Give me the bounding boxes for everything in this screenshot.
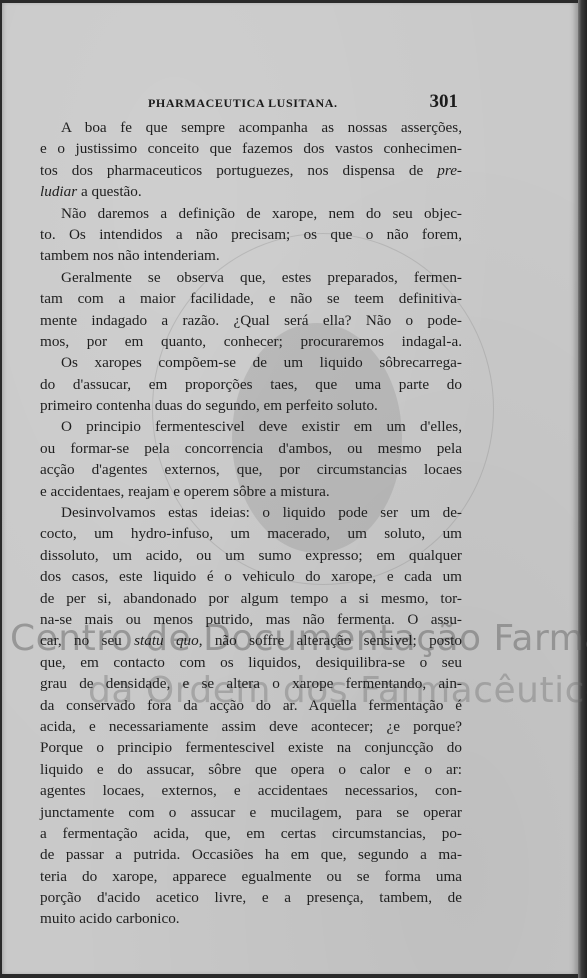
page-number: 301 — [430, 91, 459, 113]
text-line: car, no seu statu quo, não soffre altera… — [40, 630, 462, 651]
text-run: dissoluto, um acido, ou um sumo expresso… — [40, 547, 462, 564]
text-run: ou formar-se pela concorrencia d'ambos, … — [40, 440, 462, 457]
running-title: PHARMACEUTICA LUSITANA. — [148, 96, 338, 111]
text-line: ou formar-se pela concorrencia d'ambos, … — [40, 438, 462, 459]
text-run: e o justissimo conceito que fazemos dos … — [40, 140, 462, 157]
text-run: liquido e do assucar, sôbre que opera o … — [40, 761, 462, 778]
text-line: Os xaropes compõem-se de um liquido sôbr… — [40, 352, 462, 373]
italic-text: ludiar — [40, 183, 77, 200]
text-line: de passar a putrida. Occasiões ha em que… — [40, 844, 462, 865]
text-run: de passar a putrida. Occasiões ha em que… — [40, 846, 462, 863]
text-run: to. Os intendidos a não precisam; os que… — [40, 226, 462, 243]
text-line: e o justissimo conceito que fazemos dos … — [40, 138, 462, 159]
text-line: dissoluto, um acido, ou um sumo expresso… — [40, 545, 462, 566]
text-line: Desinvolvamos estas ideias: o liquido po… — [40, 502, 462, 523]
text-run: porção d'acido acetico livre, e a presen… — [40, 889, 462, 906]
text-run: de per si, abandonado por algum tempo a … — [40, 590, 462, 607]
text-line: que, em contacto com os liquidos, desiqu… — [40, 652, 462, 673]
text-run: e accidentaes, reajam e operem sôbre a m… — [40, 483, 330, 500]
text-line: ludiar a questão. — [40, 181, 462, 202]
text-line: de per si, abandonado por algum tempo a … — [40, 588, 462, 609]
text-line: tambem nos não intenderiam. — [40, 245, 462, 266]
text-run: tam com a maior facilidade, e não se tee… — [40, 290, 462, 307]
text-run: que, em contacto com os liquidos, desiqu… — [40, 654, 462, 671]
text-run: acida, e necessariamente assim deve acon… — [40, 718, 462, 735]
text-run: teria do xarope, apparece egualmente ou … — [40, 868, 462, 885]
text-line: acção d'agentes externos, que, por circu… — [40, 459, 462, 480]
running-head: PHARMACEUTICA LUSITANA. 301 — [148, 91, 458, 113]
text-line: junctamente com o assucar e mucilagem, p… — [40, 802, 462, 823]
text-run: acção d'agentes externos, que, por circu… — [40, 461, 462, 478]
text-line: mos, por em quanto, conhecer; procurarem… — [40, 331, 462, 352]
text-line: grau de densidade, e se altera o xarope … — [40, 673, 462, 694]
text-line: da conservado fora da acção do ar. Aquel… — [40, 695, 462, 716]
text-line: do d'assucar, em proporções taes, que um… — [40, 374, 462, 395]
text-run: muito acido carbonico. — [40, 910, 180, 927]
text-run: a questão. — [77, 183, 142, 200]
text-run: , não soffre alteração sensivel; posto — [199, 632, 462, 649]
text-run: car, no seu — [40, 632, 134, 649]
text-line: a fermentação acida, que, em certas circ… — [40, 823, 462, 844]
text-run: dos casos, este liquido é o vehiculo do … — [40, 568, 462, 585]
text-run: junctamente com o assucar e mucilagem, p… — [40, 804, 462, 821]
text-run: do d'assucar, em proporções taes, que um… — [40, 376, 462, 393]
text-run: mos, por em quanto, conhecer; procurarem… — [40, 333, 462, 350]
text-run: Não daremos a definição de xarope, nem d… — [61, 205, 462, 222]
text-run: primeiro contenha duas do segundo, em pe… — [40, 397, 378, 414]
text-line: teria do xarope, apparece egualmente ou … — [40, 866, 462, 887]
text-run: da conservado fora da acção do ar. Aquel… — [40, 697, 462, 714]
text-line: na-se mais ou menos putrido, mas não fer… — [40, 609, 462, 630]
text-run: tos dos pharmaceuticos portuguezes, nos … — [40, 162, 437, 179]
text-run: cocto, um hydro-infuso, um macerado, um … — [40, 525, 462, 542]
text-line: tam com a maior facilidade, e não se tee… — [40, 288, 462, 309]
text-run: Porque o principio fermentescivel existe… — [40, 739, 462, 756]
text-run: agentes locaes, externos, e accidentaes … — [40, 782, 462, 799]
text-line: e accidentaes, reajam e operem sôbre a m… — [40, 481, 462, 502]
text-run: tambem nos não intenderiam. — [40, 247, 220, 264]
text-line: to. Os intendidos a não precisam; os que… — [40, 224, 462, 245]
text-line: O principio fermentescivel deve existir … — [40, 416, 462, 437]
text-run: grau de densidade, e se altera o xarope … — [40, 675, 462, 692]
text-run: Os xaropes compõem-se de um liquido sôbr… — [61, 354, 462, 371]
italic-text: pre- — [437, 162, 462, 179]
text-run: A boa fe que sempre acompanha as nossas … — [61, 119, 462, 136]
text-line: muito acido carbonico. — [40, 908, 462, 929]
body-text: A boa fe que sempre acompanha as nossas … — [40, 117, 462, 930]
text-line: primeiro contenha duas do segundo, em pe… — [40, 395, 462, 416]
text-run: mente indagado a razão. ¿Qual será ella?… — [40, 312, 462, 329]
text-line: cocto, um hydro-infuso, um macerado, um … — [40, 523, 462, 544]
page-edge-shadow — [578, 0, 587, 978]
italic-text: statu quo — [134, 632, 199, 649]
text-line: Não daremos a definição de xarope, nem d… — [40, 203, 462, 224]
text-line: dos casos, este liquido é o vehiculo do … — [40, 566, 462, 587]
text-line: tos dos pharmaceuticos portuguezes, nos … — [40, 160, 462, 181]
text-line: agentes locaes, externos, e accidentaes … — [40, 780, 462, 801]
text-line: liquido e do assucar, sôbre que opera o … — [40, 759, 462, 780]
text-line: Porque o principio fermentescivel existe… — [40, 737, 462, 758]
text-line: acida, e necessariamente assim deve acon… — [40, 716, 462, 737]
text-run: a fermentação acida, que, em certas circ… — [40, 825, 462, 842]
text-run: O principio fermentescivel deve existir … — [61, 418, 462, 435]
text-line: Geralmente se observa que, estes prepara… — [40, 267, 462, 288]
text-line: mente indagado a razão. ¿Qual será ella?… — [40, 310, 462, 331]
text-run: Geralmente se observa que, estes prepara… — [61, 269, 462, 286]
text-run: Desinvolvamos estas ideias: o liquido po… — [61, 504, 462, 521]
text-line: porção d'acido acetico livre, e a presen… — [40, 887, 462, 908]
text-line: A boa fe que sempre acompanha as nossas … — [40, 117, 462, 138]
text-run: na-se mais ou menos putrido, mas não fer… — [40, 611, 462, 628]
